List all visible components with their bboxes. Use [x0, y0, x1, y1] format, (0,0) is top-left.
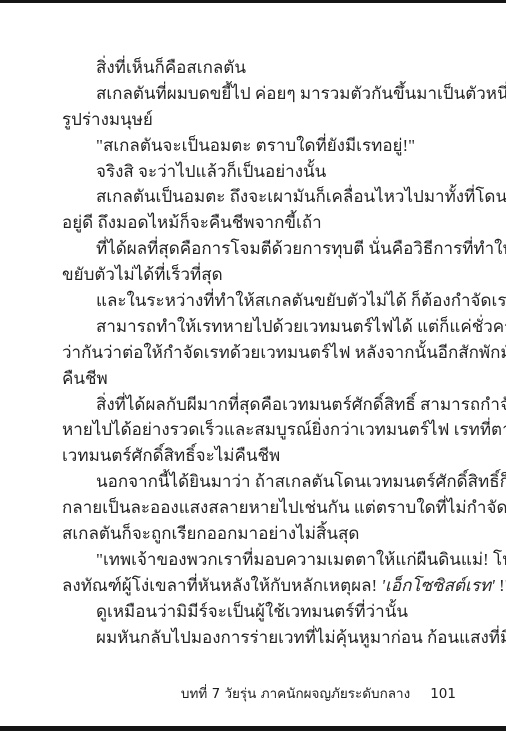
- scan-edge-bottom: [0, 726, 506, 731]
- body-line: สิ่งที่ได้ผลกับผีมากที่สุดคือเวทมนตร์ศัก…: [62, 392, 458, 418]
- body-line-dialogue: "เทพเจ้าของพวกเราที่มอบความเมตตาให้แก่ผื…: [62, 547, 458, 573]
- body-line: ดูเหมือนว่ามิมีร์จะเป็นผู้ใช้เวทมนตร์ที่…: [62, 599, 458, 625]
- body-line-spell: ลงทัณฑ์ผู้โง่เขลาที่หันหลังให้กับหลักเหต…: [62, 573, 458, 599]
- body-line: คืนชีพ: [62, 366, 458, 392]
- body-line: นอกจากนี้ได้ยินมาว่า ถ้าสเกลตันโดนเวทมนต…: [62, 469, 458, 495]
- body-line: ขยับตัวไม่ได้ที่เร็วที่สุด: [62, 262, 458, 288]
- body-line: สเกลตันก็จะถูกเรียกออกมาอย่างไม่สิ้นสุด: [62, 521, 458, 547]
- body-line: สเกลตันเป็นอมตะ ถึงจะเผามันก็เคลื่อนไหวไ…: [62, 184, 458, 210]
- page-number: 101: [430, 686, 456, 702]
- body-line: กลายเป็นละอองแสงสลายหายไปเช่นกัน แต่ตราบ…: [62, 495, 458, 521]
- body-line: สิ่งที่เห็นก็คือสเกลตัน: [62, 55, 458, 81]
- scan-edge-top: [0, 0, 506, 3]
- body-line: สเกลตันที่ผมบดขยี้ไป ค่อยๆ มารวมตัวกันขึ…: [62, 81, 458, 107]
- book-page-text: สิ่งที่เห็นก็คือสเกลตัน สเกลตันที่ผมบดขย…: [62, 55, 458, 650]
- page-footer: บทที่ 7 วัยรุ่น ภาคนักผจญภัยระดับกลาง 10…: [0, 682, 456, 704]
- spell-line-post: !": [495, 576, 506, 595]
- body-line: หายไปได้อย่างรวดเร็วและสมบูรณ์ยิ่งกว่าเว…: [62, 417, 458, 443]
- body-line: อยู่ดี ถึงมอดไหม้ก็จะคืนชีพจากขี้เถ้า: [62, 210, 458, 236]
- chapter-title: บทที่ 7 วัยรุ่น ภาคนักผจญภัยระดับกลาง: [181, 682, 410, 704]
- body-line: สามารถทำให้เรทหายไปด้วยเวทมนตร์ไฟได้ แต่…: [62, 314, 458, 340]
- body-line-dialogue: "สเกลตันจะเป็นอมตะ ตราบใดที่ยังมีเรทอยู่…: [62, 133, 458, 159]
- body-line: ว่ากันว่าต่อให้กำจัดเรทด้วยเวทมนตร์ไฟ หล…: [62, 340, 458, 366]
- body-line: รูปร่างมนุษย์: [62, 107, 458, 133]
- body-line: และในระหว่างที่ทำให้สเกลตันขยับตัวไม่ได้…: [62, 288, 458, 314]
- spell-name-italic: 'เอ็กโซซิสต์เรท': [381, 576, 494, 595]
- body-line: จริงสิ จะว่าไปแล้วก็เป็นอย่างนั้น: [62, 159, 458, 185]
- body-line: ที่ได้ผลที่สุดคือการโจมตีด้วยการทุบตี นั…: [62, 236, 458, 262]
- body-line: เวทมนตร์ศักดิ์สิทธิ์จะไม่คืนชีพ: [62, 443, 458, 469]
- body-line: ผมหันกลับไปมองการร่ายเวทที่ไม่คุ้นหูมาก่…: [62, 625, 458, 651]
- spell-line-pre: ลงทัณฑ์ผู้โง่เขลาที่หันหลังให้กับหลักเหต…: [62, 576, 381, 595]
